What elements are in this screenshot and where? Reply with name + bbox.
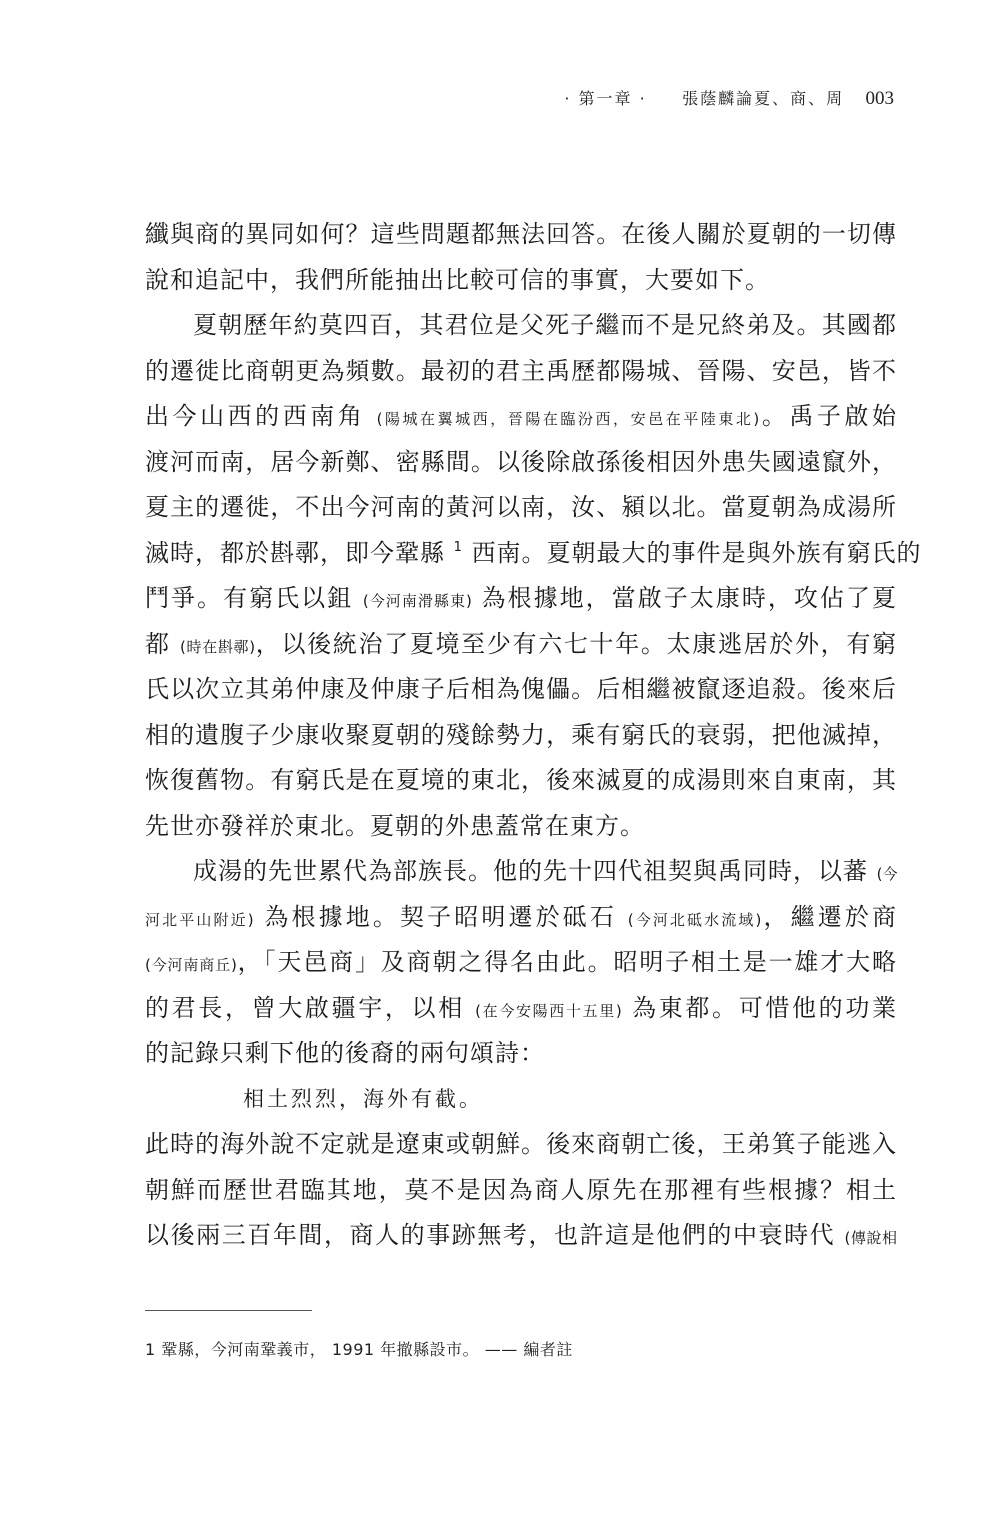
text-line: 氏以次立其弟仲康及仲康子后相為傀儡。后相繼被竄逐追殺。後來后 bbox=[145, 667, 897, 713]
text-segment: ，以後統治了夏境至少有六七十年。太康逃居於外，有窮 bbox=[255, 630, 897, 658]
text-segment: 為根據地。契子昭明遷於砥石 bbox=[264, 903, 617, 931]
text-segment: ，繼遷於商 bbox=[761, 903, 897, 931]
text-segment: ，「天邑商」及商朝之得名由此。昭明子相土是一雄才大略 bbox=[237, 948, 897, 976]
text-segment: 。禹子啟始 bbox=[759, 402, 897, 430]
text-segment: 滅時，都於斟鄩，即今鞏縣 bbox=[145, 539, 445, 567]
text-segment: 都 bbox=[145, 630, 171, 658]
footnote: 1 鞏縣，今河南鞏義市， 1991 年撤縣設市。 —— 編者註 bbox=[145, 1337, 573, 1360]
paragraph-start-line: 夏朝歷年約莫四百，其君位是父死子繼而不是兄終弟及。其國都 bbox=[145, 303, 897, 349]
text-line: 先世亦發祥於東北。夏朝的外患蓋常在東方。 bbox=[145, 804, 897, 850]
inline-annotation: (今 bbox=[877, 865, 898, 883]
text-line: 河北平山附近) 為根據地。契子昭明遷於砥石 (今河北砥水流域)，繼遷於商 bbox=[145, 895, 897, 941]
text-line: 的記錄只剩下他的後裔的兩句頌詩： bbox=[145, 1031, 897, 1077]
text-segment: 為東都。可惜他的功業 bbox=[632, 994, 897, 1022]
text-segment: 西南。夏朝最大的事件是與外族有窮氏的 bbox=[472, 539, 922, 567]
inline-annotation: (今河南商丘) bbox=[145, 956, 237, 974]
text-line: 的君長，曾大啟疆宇，以相 (在今安陽西十五里) 為東都。可惜他的功業 bbox=[145, 986, 897, 1032]
text-segment: 鬥爭。有窮氏以鉏 bbox=[145, 584, 353, 612]
text-line: 朝鮮而歷世君臨其地，莫不是因為商人原先在那裡有些根據？相土 bbox=[145, 1168, 897, 1214]
quoted-poem: 相土烈烈，海外有截。 bbox=[145, 1077, 897, 1123]
text-line: 滅時，都於斟鄩，即今鞏縣 1 西南。夏朝最大的事件是與外族有窮氏的 bbox=[145, 531, 897, 577]
inline-annotation: (在今安陽西十五里) bbox=[475, 1002, 622, 1020]
book-title: 張蔭麟論夏、商、周 bbox=[682, 89, 844, 108]
inline-annotation: (今河北砥水流域) bbox=[628, 911, 762, 929]
inline-annotation: (陽城在翼城西，晉陽在臨汾西，安邑在平陸東北) bbox=[377, 410, 760, 428]
inline-annotation: 河北平山附近) bbox=[145, 911, 254, 929]
text-line: 相的遺腹子少康收聚夏朝的殘餘勢力，乘有窮氏的衰弱，把他滅掉， bbox=[145, 713, 897, 759]
inline-annotation: (傳說相 bbox=[844, 1229, 897, 1247]
text-line: 說和追記中，我們所能抽出比較可信的事實，大要如下。 bbox=[145, 258, 897, 304]
text-line: 纖與商的異同如何？這些問題都無法回答。在後人關於夏朝的一切傳 bbox=[145, 212, 897, 258]
text-segment: 的君長，曾大啟疆宇，以相 bbox=[145, 994, 465, 1022]
text-line: (今河南商丘)，「天邑商」及商朝之得名由此。昭明子相土是一雄才大略 bbox=[145, 940, 897, 986]
chapter-label: · 第一章 · bbox=[564, 89, 646, 108]
footnote-divider bbox=[145, 1310, 312, 1311]
text-segment: 出今山西的西南角 bbox=[145, 402, 365, 430]
running-header: · 第一章 · 張蔭麟論夏、商、周 003 bbox=[564, 86, 894, 110]
main-text: 纖與商的異同如何？這些問題都無法回答。在後人關於夏朝的一切傳 說和追記中，我們所… bbox=[145, 212, 897, 1259]
text-line: 此時的海外說不定就是遼東或朝鮮。後來商朝亡後，王弟箕子能逃入 bbox=[145, 1122, 897, 1168]
page-number: 003 bbox=[866, 88, 895, 109]
text-line: 恢復舊物。有窮氏是在夏境的東北，後來滅夏的成湯則來自東南，其 bbox=[145, 758, 897, 804]
text-segment: 為根據地，當啟子太康時，攻佔了夏 bbox=[482, 584, 897, 612]
text-line: 渡河而南，居今新鄭、密縣間。以後除啟孫後相因外患失國遠竄外， bbox=[145, 440, 897, 486]
text-segment: 以後兩三百年間，商人的事跡無考，也許這是他們的中衰時代 bbox=[145, 1221, 835, 1249]
inline-annotation: (時在斟鄩) bbox=[180, 638, 255, 656]
text-line: 鬥爭。有窮氏以鉏 (今河南滑縣東) 為根據地，當啟子太康時，攻佔了夏 bbox=[145, 576, 897, 622]
text-line: 的遷徙比商朝更為頻數。最初的君主禹歷都陽城、晉陽、安邑，皆不 bbox=[145, 349, 897, 395]
text-line: 出今山西的西南角 (陽城在翼城西，晉陽在臨汾西，安邑在平陸東北)。禹子啟始 bbox=[145, 394, 897, 440]
paragraph-start-line: 成湯的先世累代為部族長。他的先十四代祖契與禹同時，以蕃 (今 bbox=[145, 849, 897, 895]
footnote-marker[interactable]: 1 bbox=[454, 540, 463, 555]
text-line: 以後兩三百年間，商人的事跡無考，也許這是他們的中衰時代 (傳說相 bbox=[145, 1213, 897, 1259]
text-segment: 成湯的先世累代為部族長。他的先十四代祖契與禹同時，以蕃 bbox=[193, 857, 868, 885]
text-line: 都 (時在斟鄩)，以後統治了夏境至少有六七十年。太康逃居於外，有窮 bbox=[145, 622, 897, 668]
inline-annotation: (今河南滑縣東) bbox=[363, 592, 472, 610]
text-line: 夏主的遷徙，不出今河南的黃河以南，汝、潁以北。當夏朝為成湯所 bbox=[145, 485, 897, 531]
